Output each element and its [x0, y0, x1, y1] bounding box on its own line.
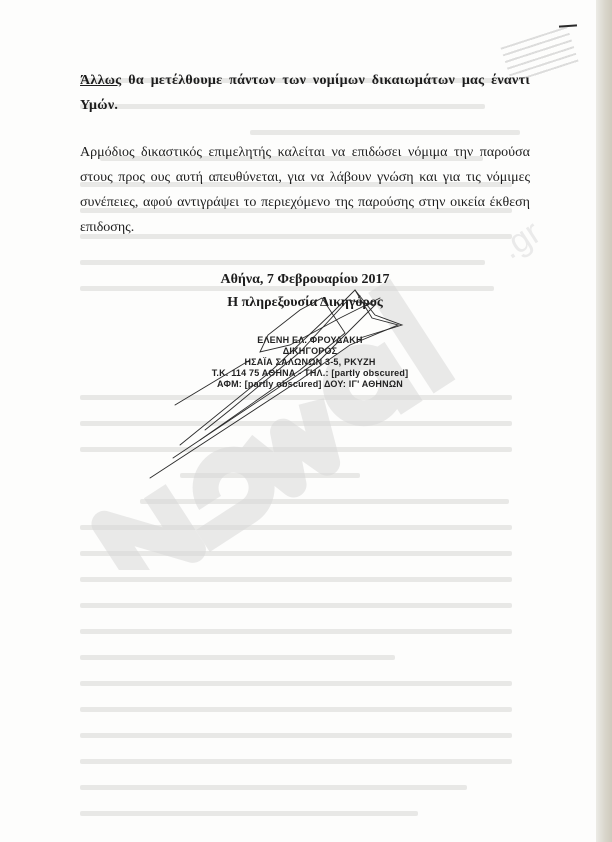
stamp-name: ΕΛΕΝΗ ΕΛ. ΦΡΟΥΔΑΚΗ — [180, 335, 440, 346]
closing-block: Αθήνα, 7 Φεβρουαρίου 2017 Η πληρεξουσία … — [150, 268, 460, 314]
signatory-title: Η πληρεξουσία Δικηγόρος — [150, 291, 460, 314]
paragraph-1-text: θα μετέλθουμε πάντων των νομίμων δικαιωμ… — [80, 73, 530, 113]
page-edge-shadow — [596, 0, 612, 842]
paragraph-rights-reservation: Άλλως θα μετέλθουμε πάντων των νομίμων δ… — [80, 68, 530, 118]
stamp-tax: ΑΦΜ: [partly obscured] ΔΟΥ: ΙΓ' ΑΘΗΝΩΝ — [180, 379, 440, 390]
underlined-word: Άλλως — [80, 73, 122, 88]
lawyer-stamp: ΕΛΕΝΗ ΕΛ. ΦΡΟΥΔΑΚΗ ΔΙΚΗΓΟΡΟΣ ΗΣΑΪΑ ΣΑΛΩΝ… — [180, 335, 440, 390]
stamp-address: ΗΣΑΪΑ ΣΑΛΩΝΩΝ 3-5, ΡΚΥΖΗ — [180, 357, 440, 368]
reverse-side-bleed-bottom — [80, 395, 530, 837]
place-date: Αθήνα, 7 Φεβρουαρίου 2017 — [150, 268, 460, 291]
stamp-contact: Τ.Κ. 114 75 ΑΘΗΝΑ - ΤΗΛ.: [partly obscur… — [180, 368, 440, 379]
stamp-profession: ΔΙΚΗΓΟΡΟΣ — [180, 346, 440, 357]
paragraph-service-instruction: Αρμόδιος δικαστικός επιμελητής καλείται … — [80, 140, 530, 240]
